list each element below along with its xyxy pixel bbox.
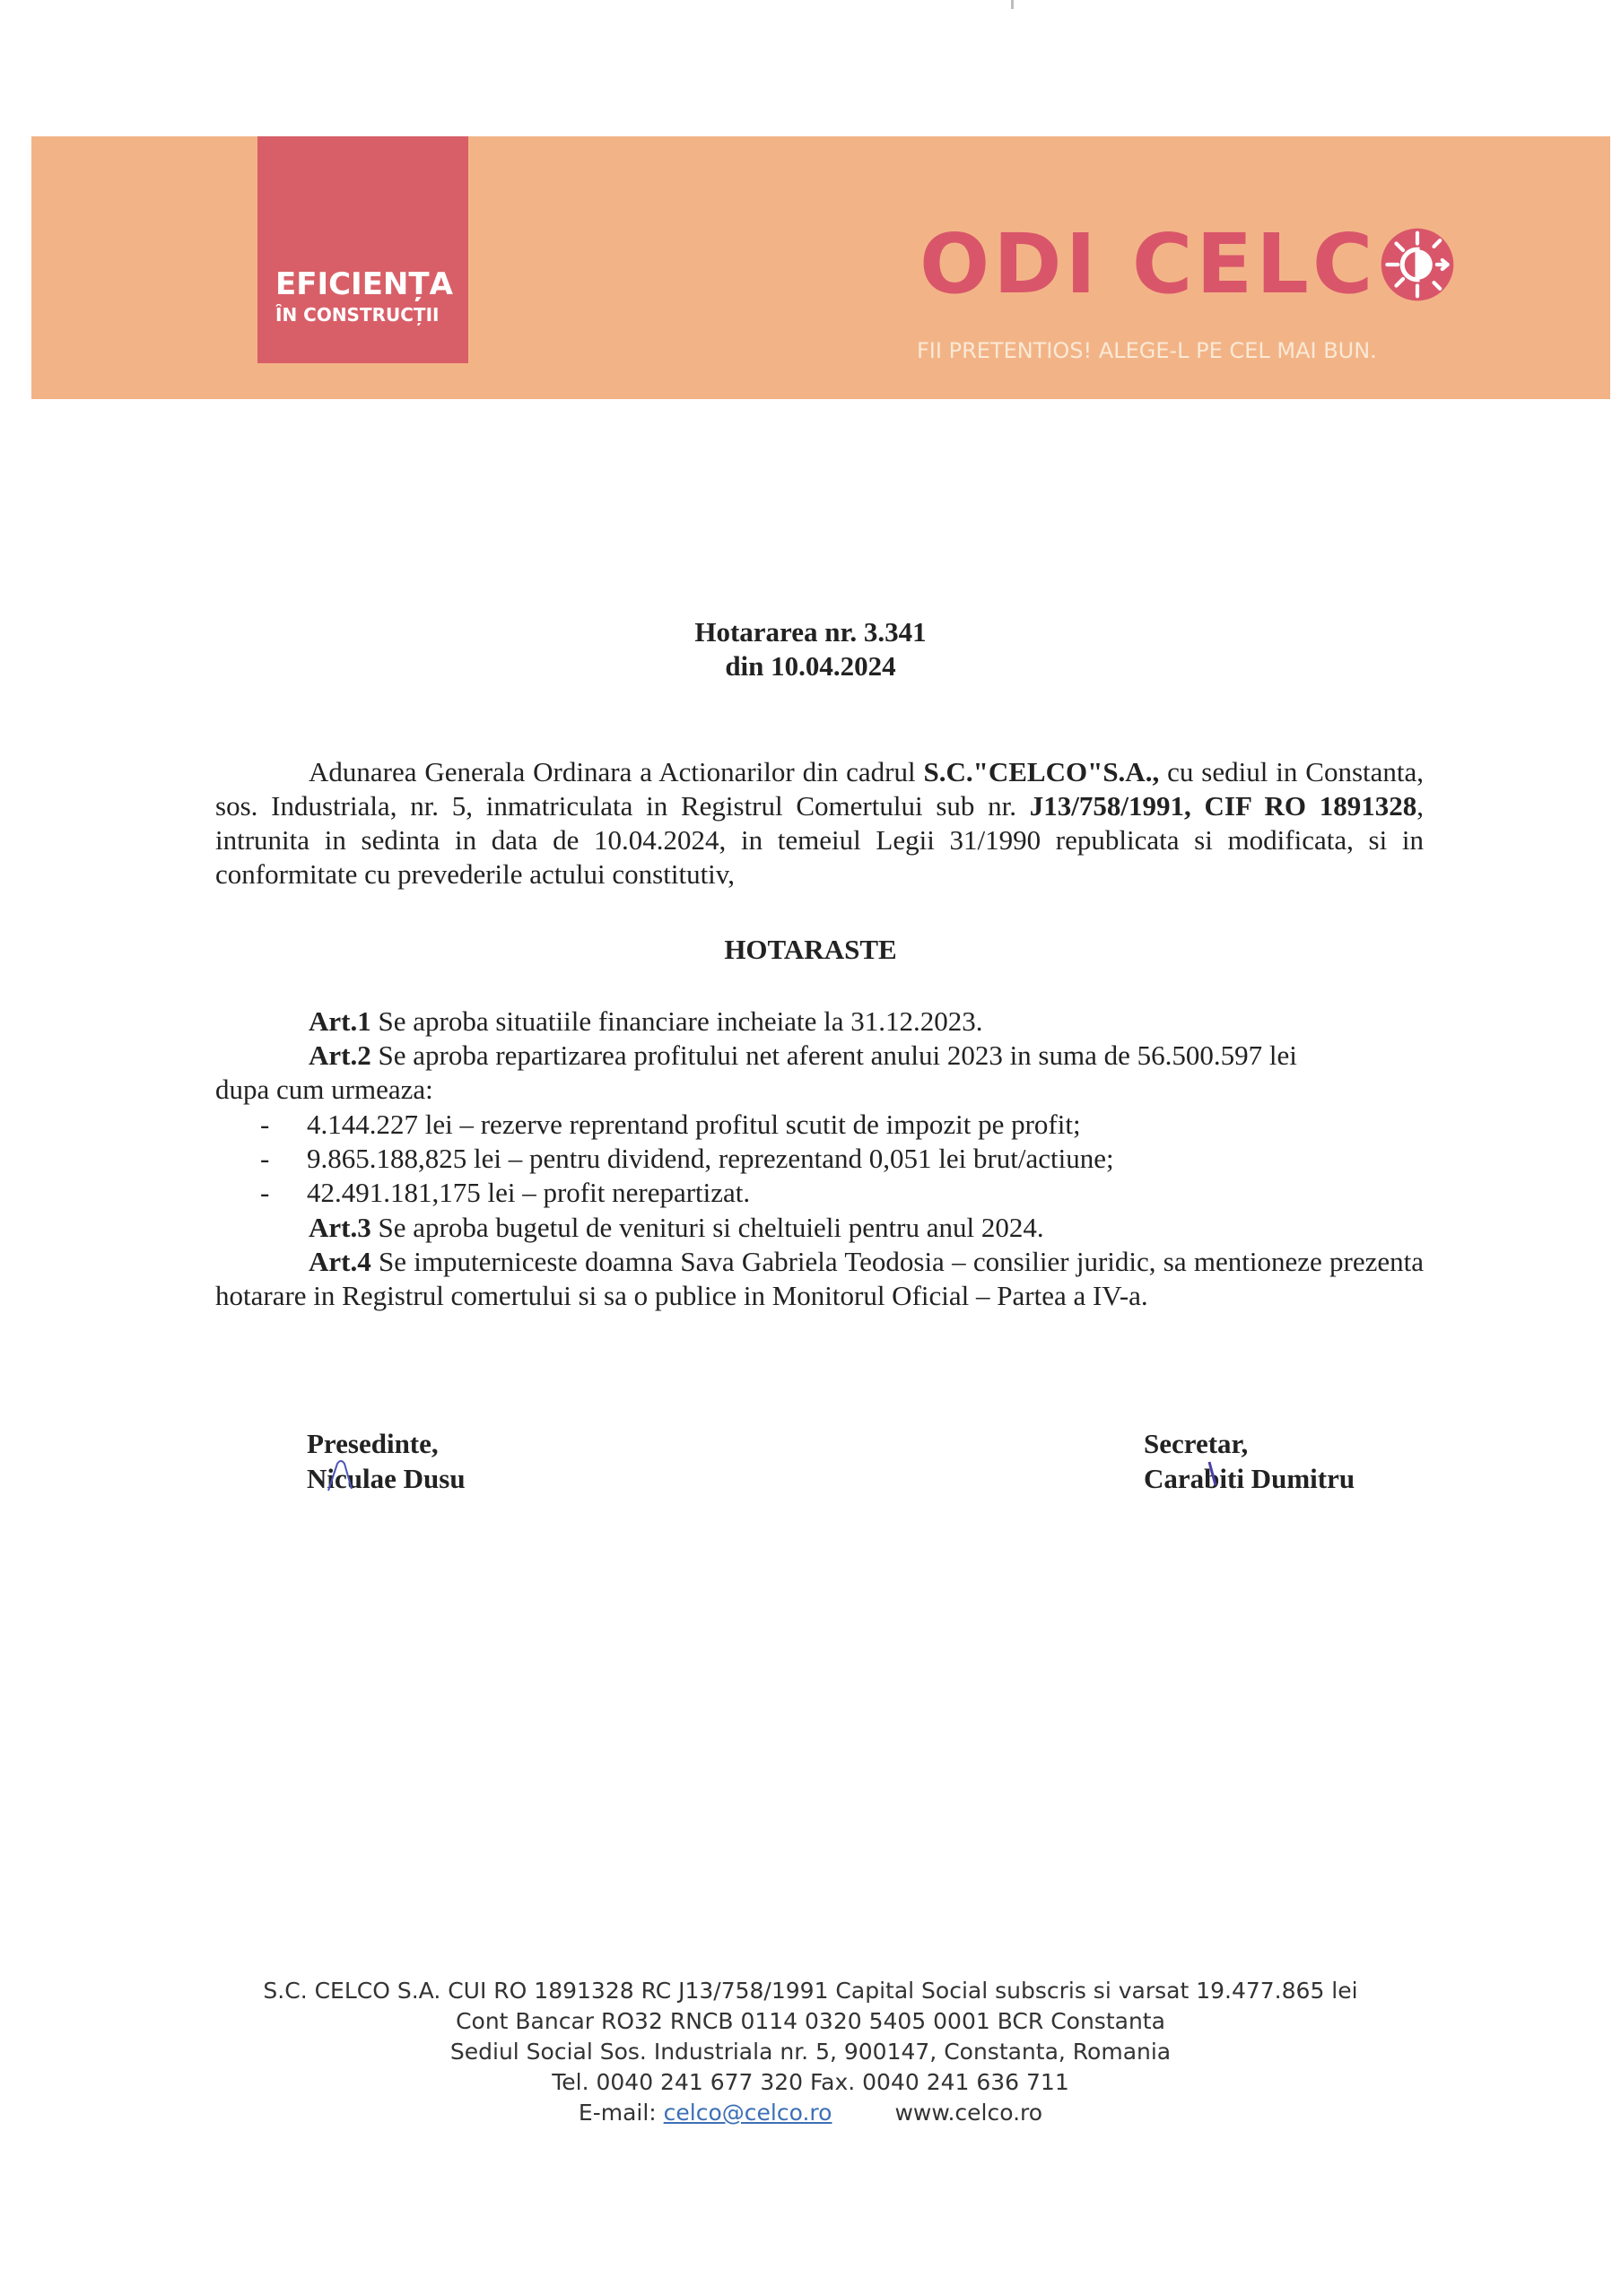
registration-number: J13/758/1991, — [1030, 790, 1191, 822]
article-4: Art.4 Se imputerniceste doamna Sava Gabr… — [215, 1245, 1424, 1313]
document-title: Hotararea nr. 3.341 — [0, 615, 1621, 649]
article-3: Art.3 Se aproba bugetul de venituri si c… — [215, 1211, 1517, 1245]
company-logo: ODI CELC — [919, 226, 1455, 302]
decision-heading: HOTARASTE — [0, 933, 1621, 967]
list-item: -42.491.181,175 lei – profit nerepartiza… — [260, 1176, 750, 1210]
article-2: Art.2 Se aproba repartizarea profitului … — [215, 1039, 1517, 1073]
handwritten-signature-icon — [325, 1453, 379, 1493]
secretary-role: Secretar, — [1144, 1426, 1355, 1461]
sun-snowflake-icon — [1380, 227, 1455, 302]
logo-wordmark: ODI CELC — [919, 223, 1376, 306]
secretary-signature-block: Secretar, Carabiti Dumitru — [1144, 1426, 1355, 1496]
cif-number: CIF RO 1891328 — [1205, 790, 1417, 822]
website-text: www.celco.ro — [894, 2100, 1042, 2126]
tagline: FII PRETENTIOS! ALEGE-L PE CEL MAI BUN. — [917, 338, 1377, 363]
article-1: Art.1 Se aproba situatiile financiare in… — [215, 1004, 1517, 1039]
intro-paragraph: Adunarea Generala Ordinara a Actionarilo… — [215, 755, 1424, 891]
handwritten-signature-icon — [1207, 1460, 1223, 1487]
slogan-block: EFICIENȚA ÎN CONSTRUCȚII — [257, 136, 468, 363]
scan-artifact — [1011, 0, 1014, 9]
footer-address-line: Sediul Social Sos. Industriala nr. 5, 90… — [0, 2037, 1621, 2067]
slogan-title: EFICIENȚA — [275, 266, 453, 302]
company-name: S.C."CELCO"S.A., — [924, 756, 1160, 787]
article-2-continuation: dupa cum urmeaza: — [215, 1073, 1424, 1107]
list-item: -9.865.188,825 lei – pentru dividend, re… — [260, 1142, 1114, 1176]
slogan-subtitle: ÎN CONSTRUCȚII — [275, 304, 439, 326]
footer-bank-line: Cont Bancar RO32 RNCB 0114 0320 5405 000… — [0, 2006, 1621, 2037]
footer-contact-line: E-mail: celco@celco.rowww.celco.ro — [0, 2098, 1621, 2128]
email-link[interactable]: celco@celco.ro — [664, 2100, 832, 2126]
secretary-name: Carabiti Dumitru — [1144, 1461, 1355, 1496]
footer-company-line: S.C. CELCO S.A. CUI RO 1891328 RC J13/75… — [0, 1976, 1621, 2006]
list-item: -4.144.227 lei – rezerve reprentand prof… — [260, 1108, 1081, 1142]
document-date: din 10.04.2024 — [0, 649, 1621, 683]
letterhead-banner: EFICIENȚA ÎN CONSTRUCȚII ODI CELC FII PR… — [31, 136, 1610, 399]
company-footer: S.C. CELCO S.A. CUI RO 1891328 RC J13/75… — [0, 1976, 1621, 2128]
footer-phone-line: Tel. 0040 241 677 320 Fax. 0040 241 636 … — [0, 2067, 1621, 2098]
